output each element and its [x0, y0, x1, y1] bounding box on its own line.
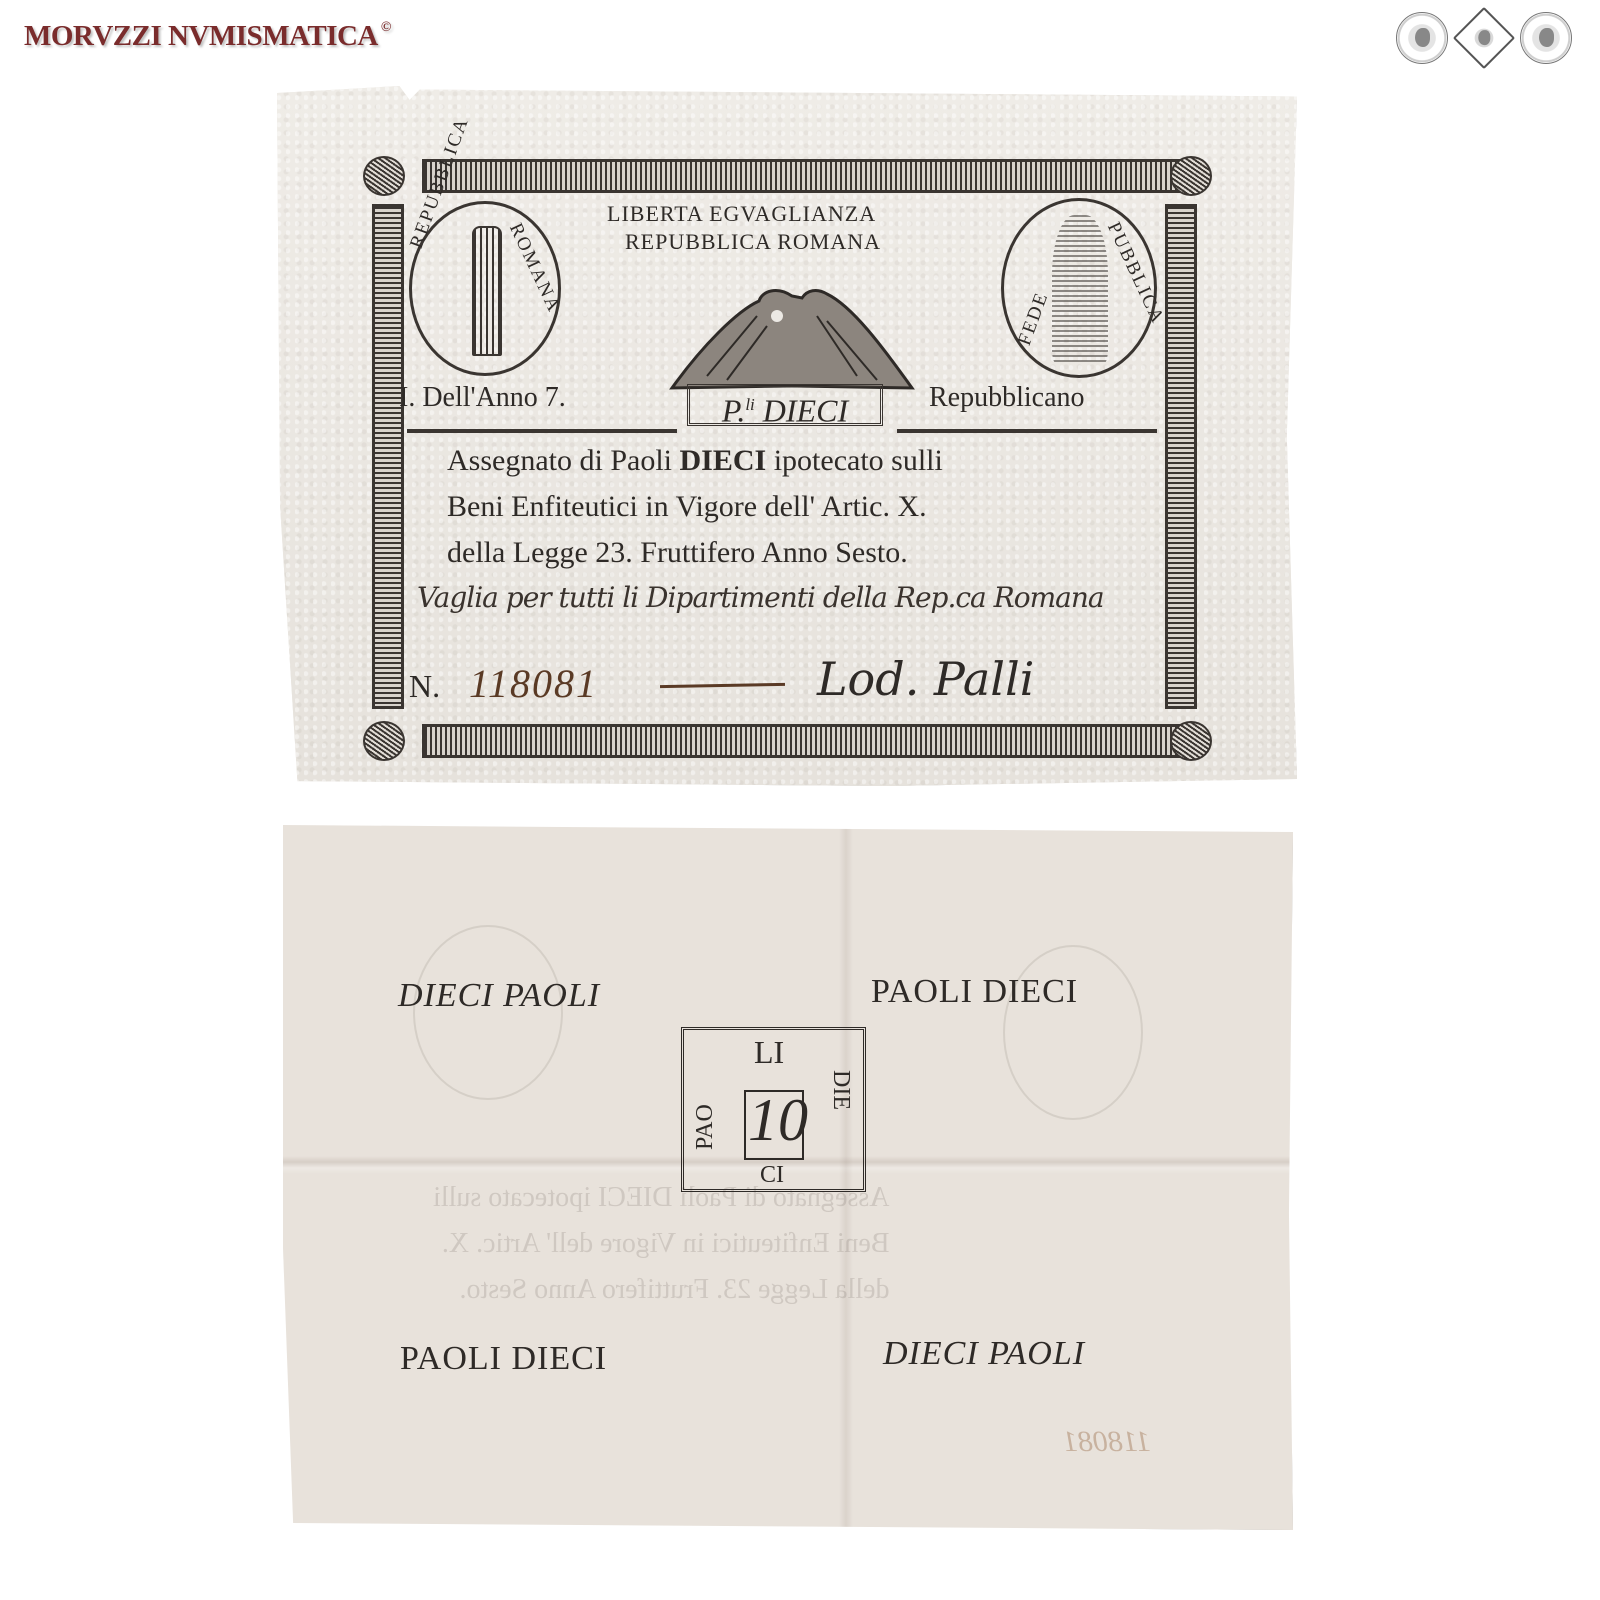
denomination-prefix-sup: li — [745, 395, 754, 414]
body-text: Assegnato di Paoli DIECI ipotecato sulli… — [447, 438, 943, 576]
body-line-1: Assegnato di Paoli DIECI ipotecato sulli — [447, 438, 943, 484]
stamp-top: LI — [754, 1034, 784, 1071]
divider-rule — [407, 429, 677, 433]
body-line-2: Beni Enfiteutici in Vigore dell' Artic. … — [447, 484, 943, 530]
banknote-front: REPUBBLICA ROMANA FEDE PUBBLICA LIBERTA … — [277, 86, 1297, 786]
stamp-bottom: CI — [760, 1162, 784, 1189]
stamp-left: PAO — [692, 1104, 719, 1150]
header-line-1: LIBERTA EGVAGLIANZA — [607, 200, 881, 228]
body-line-3: della Legge 23. Fruttifero Anno Sesto. — [447, 530, 943, 576]
divider-rule — [897, 429, 1157, 433]
nip-seal-icon — [1396, 12, 1448, 64]
medal-legend-right: PUBBLICA — [1102, 219, 1168, 328]
header-legend: LIBERTA EGVAGLIANZA REPUBBLICA ROMANA — [607, 200, 881, 256]
frame-top-border — [422, 159, 1197, 193]
denomination-value: DIECI — [763, 393, 848, 429]
frame-bottom-border — [422, 724, 1197, 758]
show-through-serial: 118081 — [1063, 1425, 1151, 1459]
header-line-2: REPUBBLICA ROMANA — [607, 228, 881, 256]
corner-ornament-icon — [363, 721, 405, 761]
dieci-paoli-stamp: LI PAO DIE CI 10 — [681, 1027, 866, 1192]
script-validity-line: Vaglia per tutti li Dipartimenti della R… — [417, 581, 1104, 614]
medal-legend-right: ROMANA — [504, 220, 565, 317]
serial-flourish — [660, 683, 785, 688]
frame-right-border — [1165, 204, 1197, 709]
medallion-repubblica-romana: REPUBBLICA ROMANA — [409, 201, 561, 376]
signature: Lod. Palli — [817, 652, 1034, 706]
serial-number: 118081 — [469, 660, 598, 707]
copyright-mark: © — [381, 20, 391, 35]
banknote-back: Assegnato di Paoli DIECI ipotecato sulli… — [283, 825, 1293, 1530]
corner-ornament-icon — [363, 156, 405, 196]
denomination-box: P.li DIECI — [687, 384, 883, 426]
back-legend-bottom-left: PAOLI DIECI — [400, 1340, 607, 1378]
show-through-text: Assegnato di Paoli DIECI ipotecato sulli… — [433, 1175, 890, 1313]
back-legend-bottom-right: DIECI PAOLI — [883, 1335, 1085, 1373]
year-left-text: I. Dell'Anno 7. — [399, 382, 566, 414]
brand-logo: MORVZZI NVMISMATICA© — [24, 20, 391, 53]
medal-legend-left: FEDE — [1014, 289, 1054, 349]
back-legend-top-left: DIECI PAOLI — [398, 977, 600, 1015]
show-through-medallion — [1003, 945, 1143, 1120]
stamp-right: DIE — [827, 1070, 854, 1110]
association-seals — [1396, 12, 1572, 64]
allegorical-figure-icon — [1052, 215, 1108, 365]
stamp-monogram: 10 — [748, 1086, 808, 1155]
fasces-icon — [472, 226, 502, 356]
year-right-text: Repubblicano — [929, 382, 1085, 414]
back-legend-top-right: PAOLI DIECI — [871, 973, 1078, 1011]
eagle-icon — [667, 276, 917, 396]
corner-ornament-icon — [1170, 156, 1212, 196]
round-seal-icon — [1520, 12, 1572, 64]
diamond-seal-icon — [1453, 7, 1515, 69]
brand-name: MORVZZI NVMISMATICA — [24, 20, 378, 52]
corner-ornament-icon — [1170, 721, 1212, 761]
denomination-prefix: P. — [722, 393, 745, 429]
medallion-fede-publica: FEDE PUBBLICA — [1001, 198, 1157, 378]
serial-label: N. — [409, 668, 440, 705]
frame-left-border — [372, 204, 404, 709]
